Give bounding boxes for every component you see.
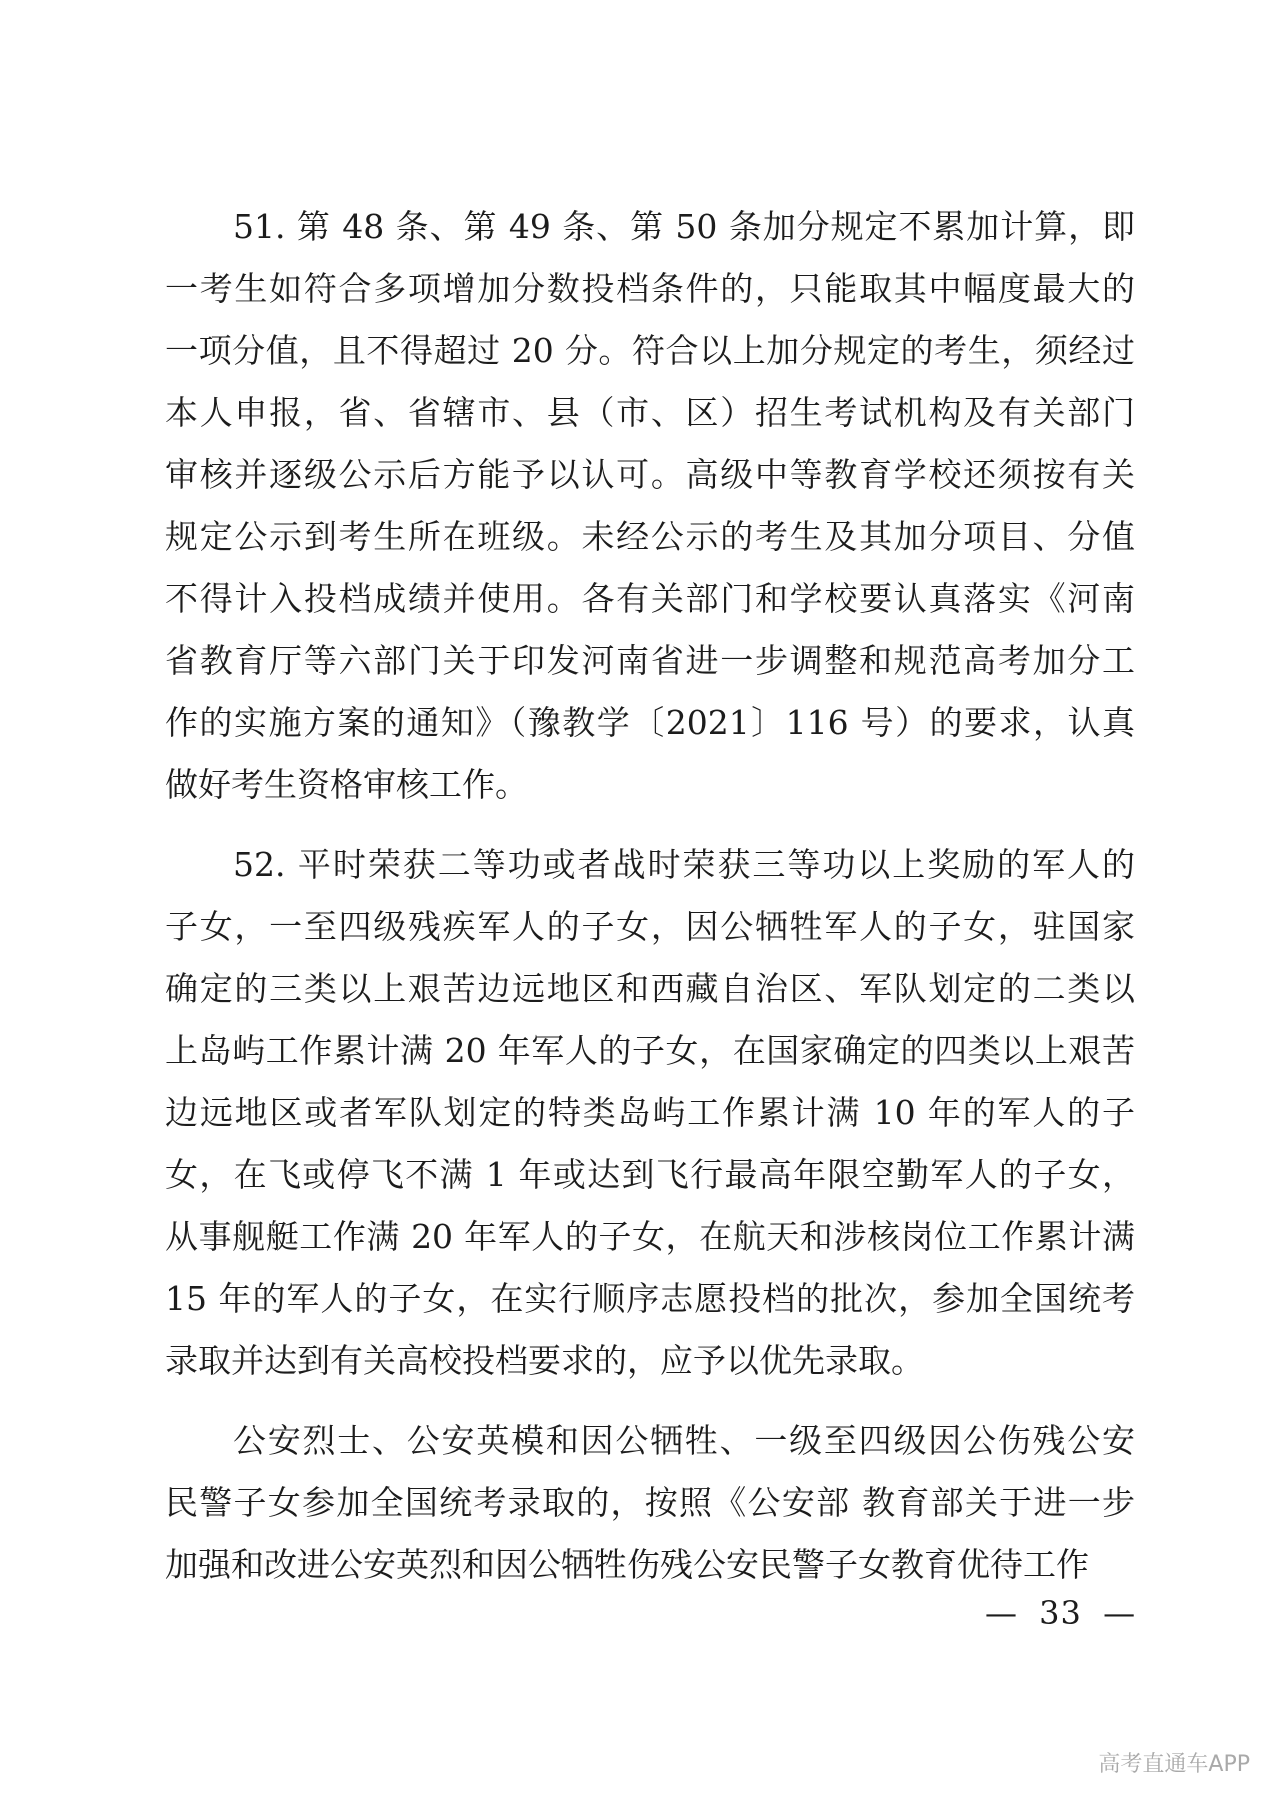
page-number: — 33 — (985, 1593, 1155, 1633)
text-line: 一考生如符合多项增加分数投档条件的，只能取其中幅度最大的 (165, 258, 1135, 320)
text-line: 确定的三类以上艰苦边远地区和西藏自治区、军队划定的二类以 (165, 958, 1135, 1020)
text-line: 加强和改进公安英烈和因公牺牲伤残公安民警子女教育优待工作 (165, 1534, 1135, 1596)
document-page: 51. 第 48 条、第 49 条、第 50 条加分规定不累加计算，即同一考生如… (0, 0, 1280, 1811)
watermark-app-label: 高考直通车APP (1098, 1750, 1250, 1780)
text-line: 15 年的军人的子女，在实行顺序志愿投档的批次，参加全国统考 (165, 1268, 1135, 1330)
text-line: 51. 第 48 条、第 49 条、第 50 条加分规定不累加计算，即同 (165, 196, 1135, 258)
text-line: 规定公示到考生所在班级。未经公示的考生及其加分项目、分值 (165, 506, 1135, 568)
text-line: 做好考生资格审核工作。 (165, 754, 1135, 816)
text-line: 一项分值，且不得超过 20 分。符合以上加分规定的考生，须经过 (165, 320, 1135, 382)
text-line: 女，在飞或停飞不满 1 年或达到飞行最高年限空勤军人的子女， (165, 1144, 1135, 1206)
text-line: 52. 平时荣获二等功或者战时荣获三等功以上奖励的军人的 (165, 834, 1135, 896)
text-line: 子女，一至四级残疾军人的子女，因公牺牲军人的子女，驻国家 (165, 896, 1135, 958)
text-line: 从事舰艇工作满 20 年军人的子女，在航天和涉核岗位工作累计满 (165, 1206, 1135, 1268)
text-line: 审核并逐级公示后方能予以认可。高级中等教育学校还须按有关 (165, 444, 1135, 506)
paragraph: 51. 第 48 条、第 49 条、第 50 条加分规定不累加计算，即同一考生如… (165, 196, 1135, 816)
paragraph: 公安烈士、公安英模和因公牺牲、一级至四级因公伤残公安民警子女参加全国统考录取的，… (165, 1410, 1135, 1596)
text-line: 不得计入投档成绩并使用。各有关部门和学校要认真落实《河南 (165, 568, 1135, 630)
text-line: 作的实施方案的通知》（豫教学〔2021〕116 号）的要求，认真 (165, 692, 1135, 754)
text-line: 民警子女参加全国统考录取的，按照《公安部 教育部关于进一步 (165, 1472, 1135, 1534)
text-line: 公安烈士、公安英模和因公牺牲、一级至四级因公伤残公安 (165, 1410, 1135, 1472)
paragraph: 52. 平时荣获二等功或者战时荣获三等功以上奖励的军人的子女，一至四级残疾军人的… (165, 834, 1135, 1392)
text-line: 省教育厅等六部门关于印发河南省进一步调整和规范高考加分工 (165, 630, 1135, 692)
text-line: 录取并达到有关高校投档要求的，应予以优先录取。 (165, 1330, 1135, 1392)
document-body: 51. 第 48 条、第 49 条、第 50 条加分规定不累加计算，即同一考生如… (165, 196, 1135, 1596)
text-line: 上岛屿工作累计满 20 年军人的子女，在国家确定的四类以上艰苦 (165, 1020, 1135, 1082)
text-line: 边远地区或者军队划定的特类岛屿工作累计满 10 年的军人的子 (165, 1082, 1135, 1144)
text-line: 本人申报，省、省辖市、县（市、区）招生考试机构及有关部门 (165, 382, 1135, 444)
